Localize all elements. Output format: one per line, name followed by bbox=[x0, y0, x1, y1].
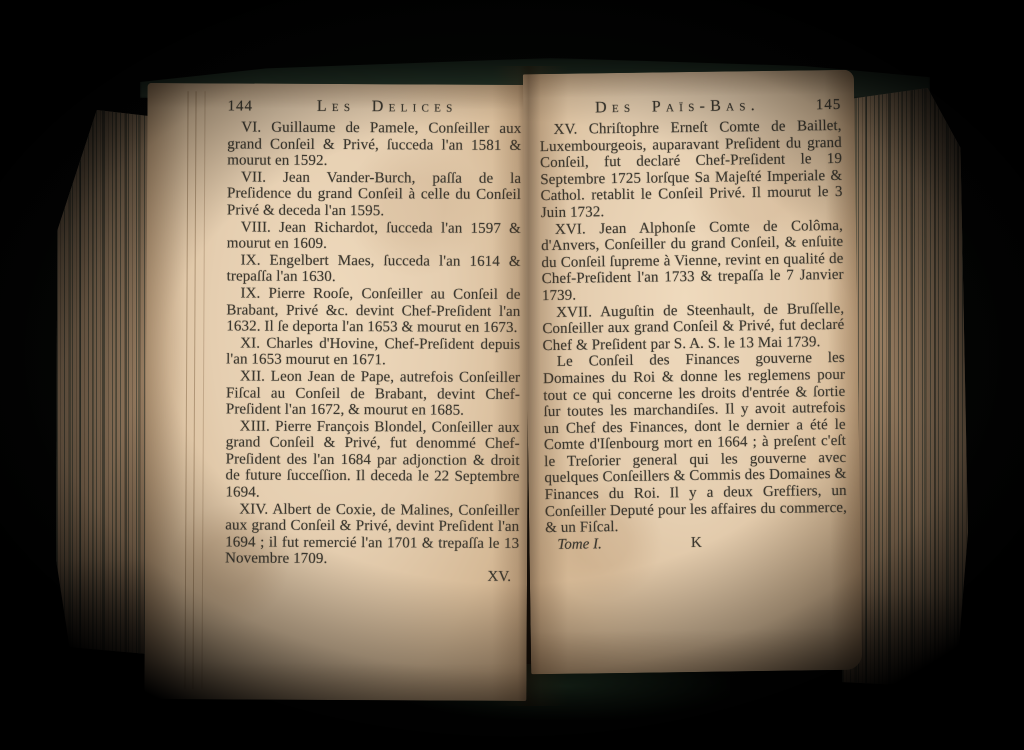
paragraph-vii: VII. Jean Vander-Burch, paſſa de la Preſ… bbox=[227, 169, 521, 220]
paragraph-xi: XI. Charles d'Hovine, Chef-Preſident dep… bbox=[226, 335, 520, 370]
paragraph-xii: XII. Leon Jean de Pape, autrefois Conſei… bbox=[226, 368, 520, 419]
page-crease bbox=[184, 91, 188, 689]
left-running-head: 144 Les Delices bbox=[227, 97, 521, 119]
paragraph-xv: XV. Chriſtophre Erneſt Comte de Baillet,… bbox=[539, 118, 842, 222]
paragraph-viii: VIII. Jean Richardot, ſucceda l'an 1597 … bbox=[227, 219, 521, 254]
book-photo: 144 Les Delices VI. Guillaume de Pamele,… bbox=[0, 0, 1024, 750]
paragraph-xiii: XIII. Pierre François Blondel, Conſeille… bbox=[225, 418, 519, 503]
footer-line: Tome I. K bbox=[545, 533, 847, 555]
paragraph-xvii: XVII. Auguſtin de Steenhault, de Bruſſel… bbox=[542, 300, 845, 354]
paragraph-ix-maes: IX. Engelbert Maes, ſucceda l'an 1614 & … bbox=[227, 252, 521, 287]
paragraph-xiv: XIV. Albert de Coxie, de Malines, Conſei… bbox=[225, 501, 519, 569]
paragraph-xvi: XVI. Jean Alphonſe Comte de Colôma, d'An… bbox=[541, 217, 844, 304]
catchword: XV. bbox=[225, 567, 519, 586]
page-crease bbox=[192, 91, 196, 689]
left-page: 144 Les Delices VI. Guillaume de Pamele,… bbox=[144, 83, 529, 701]
tome-label: Tome I. bbox=[557, 536, 602, 554]
paragraph-finances: Le Conſeil des Finances gouverne les Dom… bbox=[543, 350, 848, 537]
paragraph-vi: VI. Guillaume de Pamele, Conſeiller aux … bbox=[227, 119, 521, 170]
right-running-title: Des Païs-Bas. bbox=[539, 96, 816, 118]
right-running-head: Des Païs-Bas. 145 bbox=[539, 96, 841, 120]
right-page: Des Païs-Bas. 145 XV. Chriſtophre Erneſt… bbox=[523, 70, 862, 675]
page-crease bbox=[201, 91, 205, 689]
left-running-title: Les Delices bbox=[253, 98, 522, 117]
paragraph-ix-roose: IX. Pierre Rooſe, Conſeiller au Conſeil … bbox=[226, 285, 520, 336]
left-page-number: 144 bbox=[227, 98, 253, 115]
right-page-number: 145 bbox=[816, 97, 842, 114]
signature-mark: K bbox=[691, 535, 702, 552]
